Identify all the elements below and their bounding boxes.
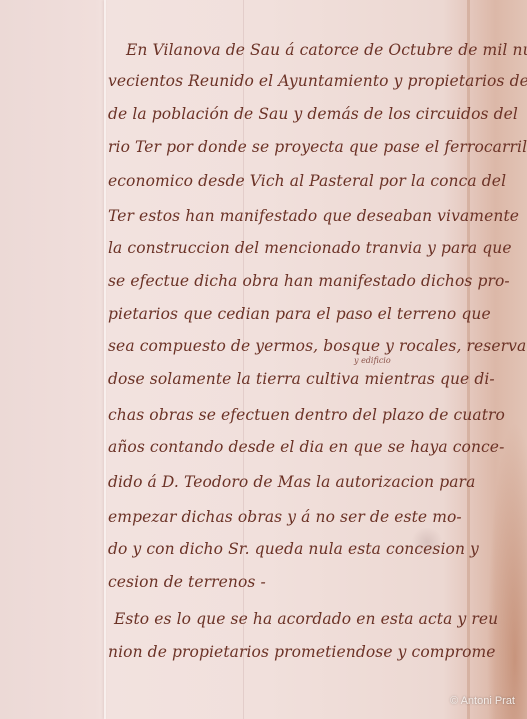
manuscript-line: Esto es lo que se ha acordado en esta ac… [114, 610, 498, 628]
manuscript-page: En Vilanova de Sau á catorce de Octubre … [0, 0, 527, 719]
manuscript-line: economico desde Vich al Pasteral por la … [108, 172, 506, 190]
manuscript-line: En Vilanova de Sau á catorce de Octubre … [126, 41, 527, 59]
manuscript-line: cesion de terrenos - [108, 573, 266, 591]
manuscript-line: vecientos Reunido el Ayuntamiento y prop… [108, 72, 527, 90]
manuscript-line: la construccion del mencionado tranvia y… [108, 239, 512, 257]
manuscript-line: años contando desde el dia en que se hay… [108, 438, 504, 456]
manuscript-line: sea compuesto de yermos, bosque y rocale… [108, 337, 527, 355]
manuscript-line: empezar dichas obras y á no ser de este … [108, 508, 462, 526]
manuscript-line: Ter estos han manifestado que deseaban v… [108, 207, 519, 225]
manuscript-line: nion de propietarios prometiendose y com… [108, 643, 496, 661]
paper-stain [487, 420, 527, 719]
paper-fold-left [104, 0, 106, 719]
manuscript-line: rio Ter por donde se proyecta que pase e… [108, 138, 527, 156]
manuscript-line: do y con dicho Sr. queda nula esta conce… [108, 540, 479, 558]
interlinear-insertion: y edificio [354, 356, 391, 365]
copyright-watermark: © Antoni Prat [450, 695, 515, 707]
manuscript-line: se efectue dicha obra han manifestado di… [108, 272, 510, 290]
manuscript-line: dido á D. Teodoro de Mas la autorizacion… [108, 473, 475, 491]
manuscript-line: chas obras se efectuen dentro del plazo … [108, 406, 505, 424]
manuscript-line: de la población de Sau y demás de los ci… [108, 105, 518, 123]
manuscript-line: dose solamente la tierra cultiva mientra… [108, 370, 495, 388]
manuscript-line: pietarios que cedian para el paso el ter… [108, 305, 491, 323]
